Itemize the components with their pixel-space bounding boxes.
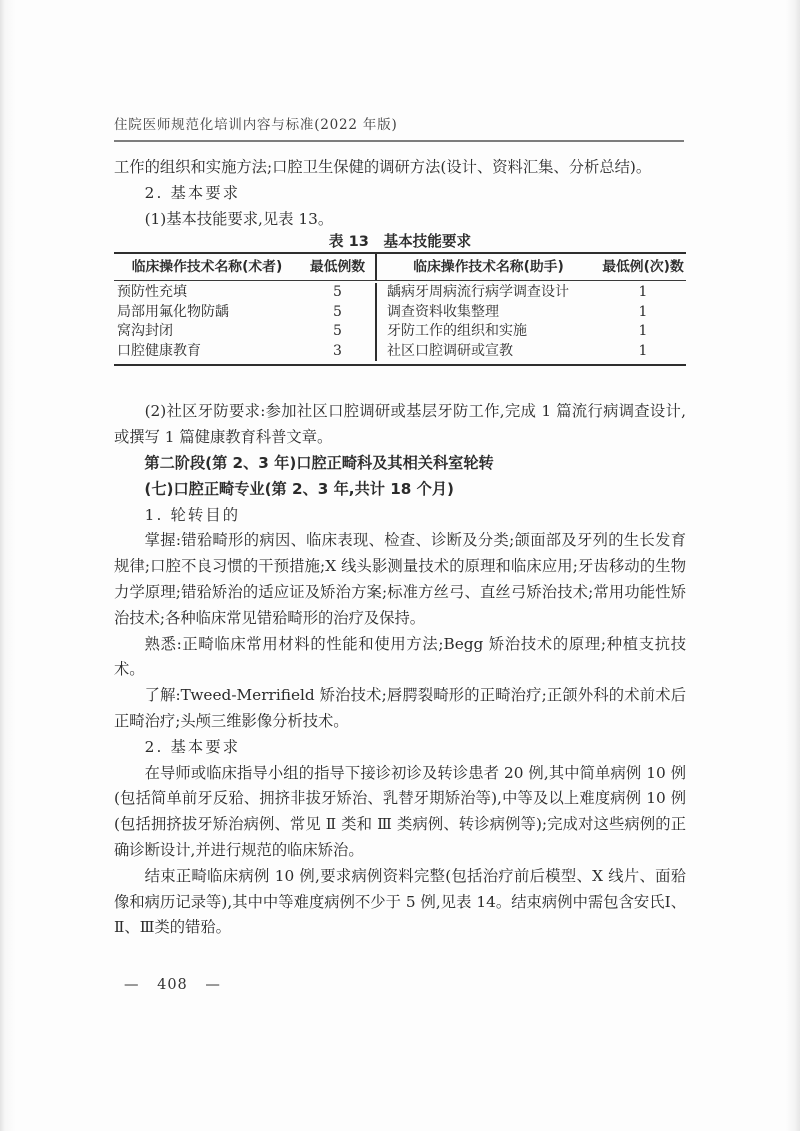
- item-rotation-purpose: 1. 轮转目的: [114, 503, 686, 529]
- item-basic-requirements-2: 2. 基本要求: [114, 735, 686, 761]
- running-header: 住院医师规范化培训内容与标准(2022 年版): [114, 117, 684, 142]
- cell-min-left: 5: [300, 283, 375, 303]
- column-header-min-times: 最低例(次)数: [600, 254, 686, 280]
- table-row: 口腔健康教育 3 社区口腔调研或宣教 1: [114, 342, 686, 362]
- column-header-operation-assistant: 临床操作技术名称(助手): [375, 254, 600, 280]
- paragraph-cases: 在导师或临床指导小组的指导下接诊初诊及转诊患者 20 例,其中简单病例 10 例…: [114, 761, 686, 864]
- cell-operation-left: 口腔健康教育: [114, 342, 300, 362]
- heading-stage2: 第二阶段(第 2、3 年)口腔正畸科及其相关科室轮转: [114, 451, 686, 477]
- table-row: 局部用氟化物防龋 5 调查资料收集整理 1: [114, 303, 686, 323]
- paragraph-finish-cases: 结束正畸临床病例 10 例,要求病例资料完整(包括治疗前后模型、X 线片、面𬌗像…: [114, 864, 686, 941]
- page-number: — 408 —: [124, 977, 221, 993]
- table-body: 预防性充填 5 龋病牙周病流行病学调查设计 1 局部用氟化物防龋 5 调查资料收…: [114, 281, 686, 364]
- cell-operation-right: 牙防工作的组织和实施: [375, 322, 600, 342]
- item-basic-requirements-1: 2. 基本要求: [114, 181, 686, 207]
- cell-min-right: 1: [600, 283, 686, 303]
- cell-operation-right: 社区口腔调研或宣教: [375, 342, 600, 362]
- cell-min-left: 5: [300, 322, 375, 342]
- cell-min-right: 1: [600, 322, 686, 342]
- scanned-page: 住院医师规范化培训内容与标准(2022 年版) 工作的组织和实施方法;口腔卫生保…: [0, 0, 800, 1131]
- table-header-row: 临床操作技术名称(术者) 最低例数 临床操作技术名称(助手) 最低例(次)数: [114, 254, 686, 281]
- heading-orthodontics: (七)口腔正畸专业(第 2、3 年,共计 18 个月): [114, 477, 686, 503]
- paragraph-understand: 了解:Tweed-Merrifield 矫治技术;唇腭裂畸形的正畸治疗;正颌外科…: [114, 683, 686, 735]
- cell-min-left: 5: [300, 303, 375, 323]
- page-body: 工作的组织和实施方法;口腔卫生保健的调研方法(设计、资料汇集、分析总结)。 2.…: [114, 155, 686, 941]
- table-caption: 表 13 基本技能要求: [114, 232, 686, 252]
- cell-operation-left: 预防性充填: [114, 283, 300, 303]
- cell-operation-right: 调查资料收集整理: [375, 303, 600, 323]
- paragraph-community-requirement: (2)社区牙防要求:参加社区口腔调研或基层牙防工作,完成 1 篇流行病调查设计,…: [114, 399, 686, 451]
- skills-table: 临床操作技术名称(术者) 最低例数 临床操作技术名称(助手) 最低例(次)数 预…: [114, 252, 686, 366]
- cell-operation-right: 龋病牙周病流行病学调查设计: [375, 283, 600, 303]
- cell-min-right: 1: [600, 303, 686, 323]
- column-header-operation-surgeon: 临床操作技术名称(术者): [114, 254, 300, 280]
- cell-min-left: 3: [300, 342, 375, 362]
- cell-operation-left: 局部用氟化物防龋: [114, 303, 300, 323]
- paragraph-master: 掌握:错𬌗畸形的病因、临床表现、检查、诊断及分类;颌面部及牙列的生长发育规律;口…: [114, 528, 686, 631]
- column-header-min-cases: 最低例数: [300, 254, 375, 280]
- cell-min-right: 1: [600, 342, 686, 362]
- cell-operation-left: 窝沟封闭: [114, 322, 300, 342]
- table-row: 窝沟封闭 5 牙防工作的组织和实施 1: [114, 322, 686, 342]
- table-row: 预防性充填 5 龋病牙周病流行病学调查设计 1: [114, 283, 686, 303]
- paragraph-familiar: 熟悉:正畸临床常用材料的性能和使用方法;Begg 矫治技术的原理;种植支抗技术。: [114, 632, 686, 684]
- item-skill-requirement: (1)基本技能要求,见表 13。: [114, 207, 686, 233]
- paragraph-continuation: 工作的组织和实施方法;口腔卫生保健的调研方法(设计、资料汇集、分析总结)。: [114, 155, 686, 181]
